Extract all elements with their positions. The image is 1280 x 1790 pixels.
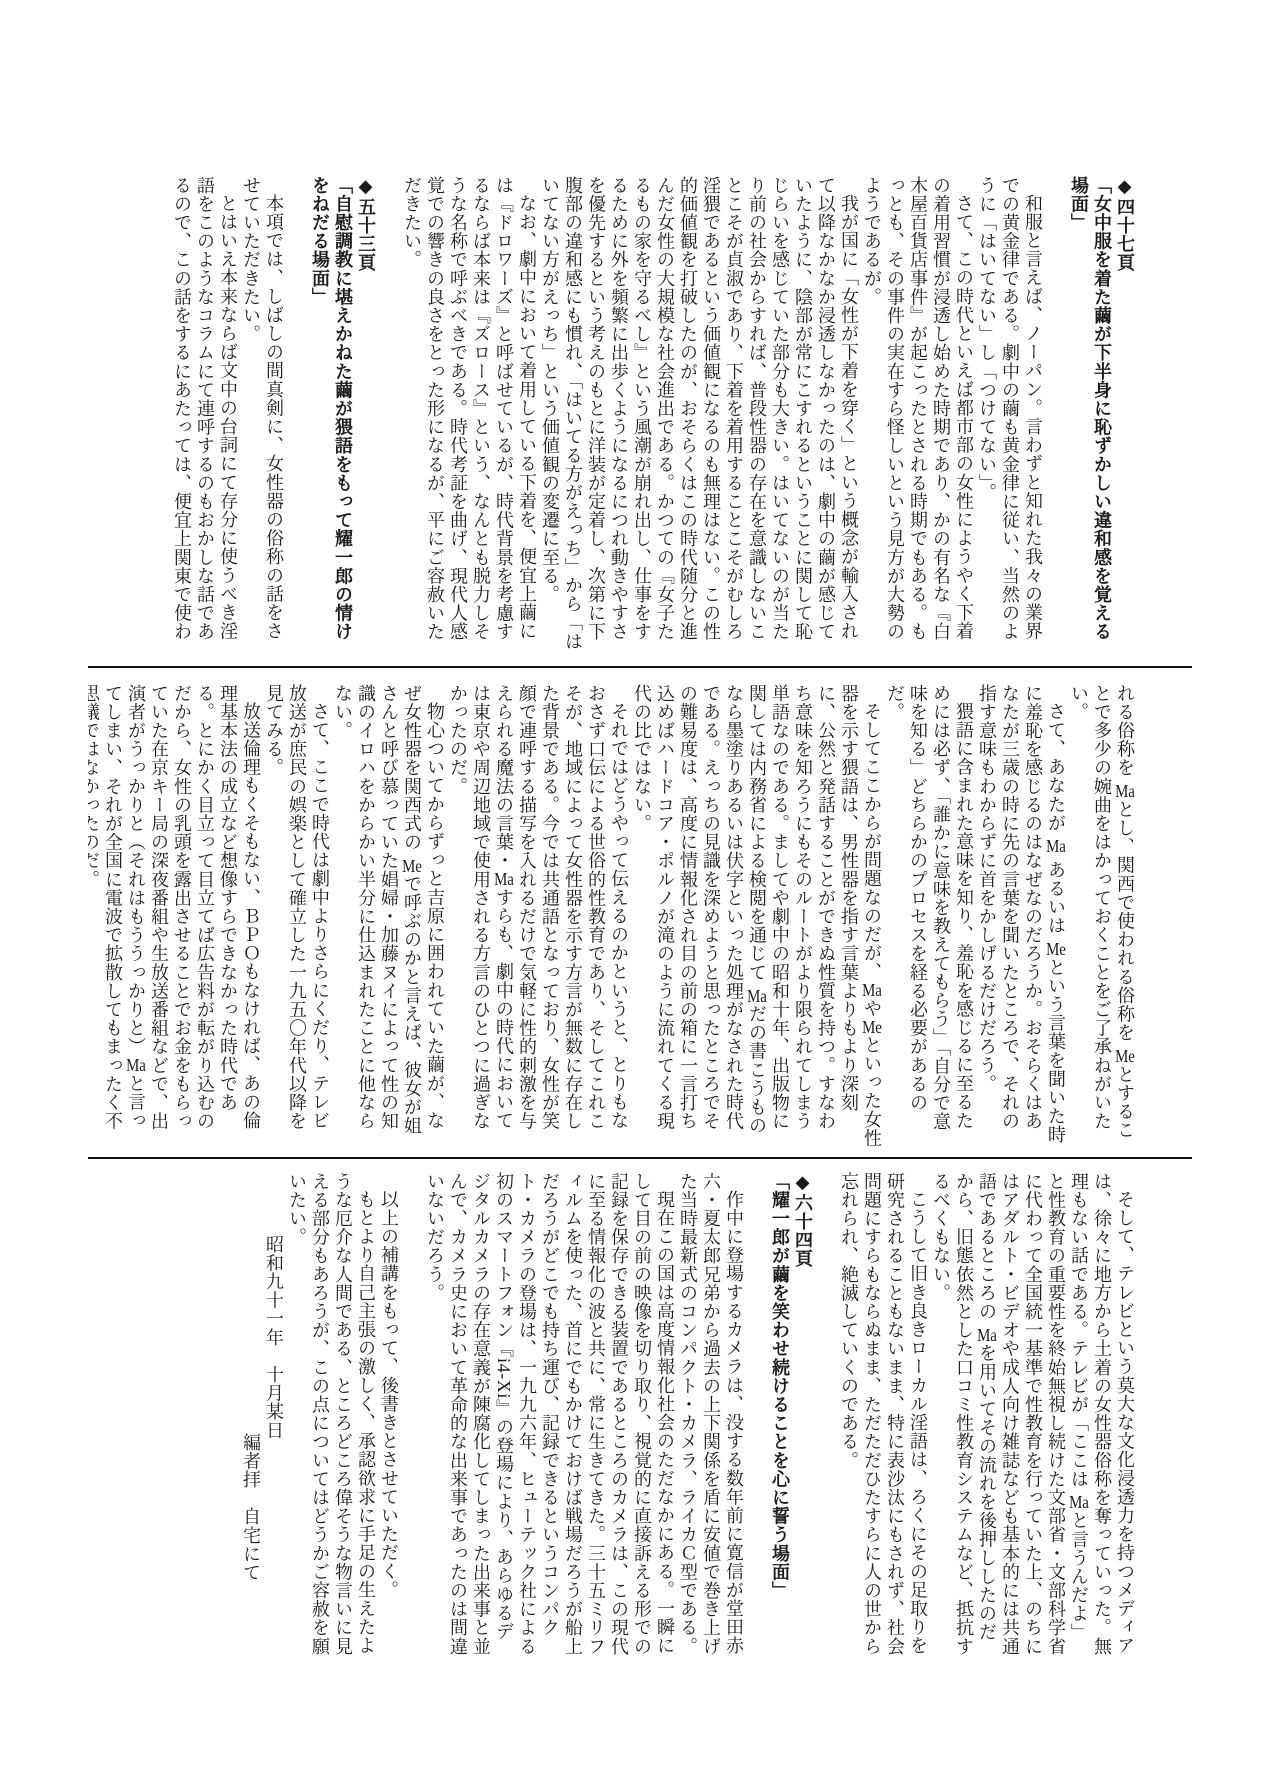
paragraph: 作中に登場するカメラは、没する数年前に寛信が堂田赤六・夏太郎兄弟から過去の上下関… bbox=[676, 1172, 745, 1658]
tate-chu-yoko-latin: Ma bbox=[126, 1056, 146, 1074]
heading: ◆五十三頁 bbox=[354, 176, 377, 654]
paragraph: とはいえ本来ならば文中の台詞にて存分に使うべき淫語をこのようなコラムにて連呼する… bbox=[170, 176, 239, 654]
paragraph: 猥語に含まれた意味を知り、羞恥を感じるに至るためには必ず、「誰かに意味を教えても… bbox=[883, 684, 975, 1148]
paragraph: 昭和九十一年 十月某日 bbox=[262, 1172, 285, 1658]
paragraph: 本項では、しばしの間真剣に、女性器の俗称の話をさせていただきたい。 bbox=[239, 176, 285, 654]
paragraph: 以上の補講をもって、後書きとさせていただく。 bbox=[377, 1172, 400, 1658]
paragraph: れる俗称を Maとし、関西で使われる俗称を Meとすることで多少の婉曲をはかって… bbox=[1067, 684, 1136, 1148]
tate-chu-yoko-latin: Ma bbox=[494, 870, 514, 888]
tate-chu-yoko-latin: Me bbox=[1046, 940, 1066, 958]
paragraph: 現在この国は高度情報化社会のただなかにある。一瞬にして目の前の映像を切り取り、視… bbox=[423, 1172, 676, 1658]
paragraph: なお、劇中において着用している下着を、便宜上繭には『ドロワーズ』と呼ばせているが… bbox=[400, 176, 538, 654]
section-divider bbox=[88, 666, 1192, 668]
text-band-bottom: そして、テレビという莫大な文化浸透力を持つメディアは、徐々に地方から土着の女性器… bbox=[88, 1172, 1192, 1658]
paragraph: 物心ついてからずっと吉原に囲われていた繭が、なぜ女性器を関西式の Meで呼ぶのか… bbox=[331, 684, 446, 1148]
heading: ◆四十七頁 bbox=[1113, 176, 1136, 654]
paragraph: 和服と言えば、ノーパン。言わずと知れた我々の業界での黄金律である。劇中の繭も黄金… bbox=[975, 176, 1044, 654]
tate-chu-yoko-latin: Ma bbox=[977, 1326, 997, 1344]
tate-chu-yoko-latin: Ma bbox=[862, 981, 882, 999]
tate-chu-yoko-latin: Ma bbox=[747, 987, 767, 1005]
heading: ◆六十四頁 bbox=[791, 1172, 814, 1658]
paragraph: そしてここからが問題なのだが、MaやMeといった女性器を示す猥語は、男性器を指す… bbox=[630, 684, 883, 1148]
paragraph: さて、この時代といえば都市部の女性にようやく下着の着用習慣が浸透し始めた時期であ… bbox=[860, 176, 975, 654]
tate-chu-yoko-latin: Ma bbox=[1069, 1493, 1089, 1511]
paragraph: さて、あなたが Ma あるいは Meという言葉を聞いた時に羞恥を感じるのはなぜな… bbox=[975, 684, 1067, 1148]
tate-chu-yoko-latin: Me bbox=[402, 857, 422, 875]
paragraph: こうして旧き良きローカル淫語は、ろくにその足取りを研究されることもないまま、特に… bbox=[837, 1172, 929, 1658]
tate-chu-yoko-latin: Me bbox=[862, 1018, 882, 1036]
paragraph: 我が国に「女性が下着を穿く」という概念が輸入されて以降なかなか浸透しなかったのは… bbox=[538, 176, 860, 654]
text-band-middle: れる俗称を Maとし、関西で使われる俗称を Meとすることで多少の婉曲をはかって… bbox=[88, 684, 1192, 1148]
afterword-page: ◆四十七頁「女中服を着た繭が下半身に恥ずかしい違和感を覚える場面」和服と言えば、… bbox=[0, 0, 1280, 1790]
section-divider bbox=[88, 1157, 1192, 1159]
paragraph: それではどうやって伝えるのかというと、とりもなおさず口伝による世俗的性教育であり… bbox=[446, 684, 630, 1148]
paragraph: 編者拝 自宅にて bbox=[239, 1172, 262, 1658]
tate-chu-yoko-latin: Ma bbox=[1046, 837, 1066, 855]
paragraph: もとより自己主張の激しく、承認欲求に手足の生えたような厄介な人間である、ところど… bbox=[285, 1172, 377, 1658]
tate-chu-yoko-latin: Me bbox=[1115, 1047, 1135, 1065]
tate-chu-yoko-latin: Ma bbox=[1115, 782, 1135, 800]
subheading: 「自慰調教に堪えかねた繭が猥語をもって耀一郎の情けをねだる場面」 bbox=[308, 176, 354, 654]
subheading: 「耀一郎が繭を笑わせ続けることを心に誓う場面」 bbox=[768, 1172, 791, 1658]
text-band-top: ◆四十七頁「女中服を着た繭が下半身に恥ずかしい違和感を覚える場面」和服と言えば、… bbox=[88, 176, 1192, 654]
paragraph: 放送倫理もくそもない、ＢＰＯもなければ、あの倫理基本法の成立など想像すらできなか… bbox=[88, 684, 262, 1148]
paragraph: そして、テレビという莫大な文化浸透力を持つメディアは、徐々に地方から土着の女性器… bbox=[929, 1172, 1136, 1658]
subheading: 「女中服を着た繭が下半身に恥ずかしい違和感を覚える場面」 bbox=[1067, 176, 1113, 654]
paragraph: さて、ここで時代は劇中よりさらにくだり、テレビ放送が庶民の娯楽として確立した一九… bbox=[262, 684, 331, 1148]
